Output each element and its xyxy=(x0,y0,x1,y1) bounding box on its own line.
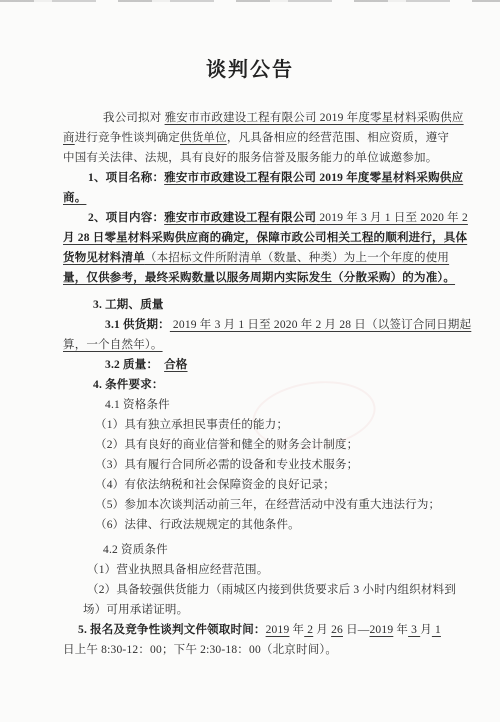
text-segment: （本招标文件所附清单（数量、种类）为上一个年度的使用 xyxy=(145,252,449,264)
text-segment: 商。 xyxy=(63,192,86,204)
text-line: 月 28 日零星材料采购供应商的确定，保障市政公司相关工程的顺利进行，具体 xyxy=(63,228,490,248)
text-segment: 2、项目内容： xyxy=(88,212,164,224)
text-segment: ，凡具备相应的经营范围、相应资质，遵守 xyxy=(227,132,449,144)
scan-artifact-top-edge xyxy=(0,0,500,2)
text-segment: 合格 xyxy=(164,359,187,371)
text-line: 4.2 资质条件 xyxy=(63,540,490,560)
text-line: （6）法律、行政法规规定的其他条件。 xyxy=(63,515,490,535)
text-segment: 2019 xyxy=(369,624,393,636)
text-line: 3.1 供货期： 2019 年 3 月 1 日至 2020 年 2 月 28 日… xyxy=(63,315,490,335)
text-segment: 我公司拟对 xyxy=(103,112,165,124)
text-line: （4）有依法纳税和社会保障资金的良好记录； xyxy=(63,475,490,495)
text-segment: 3.1 供货期： xyxy=(105,319,170,331)
text-line: 3.2 质量： 合格 xyxy=(63,355,490,375)
text-segment: 量，仅供参考，最终采购数量以服务周期内实际发生（分散采购）的为准）。 xyxy=(63,272,455,284)
text-segment: （1）营业执照具备相应经营范围。 xyxy=(87,564,268,576)
text-line: 日上午 8:30-12：00；下午 2:30-18：00（北京时间）。 xyxy=(63,640,490,660)
text-line: （2）具有良好的商业信誉和健全的财务会计制度； xyxy=(63,435,490,455)
text-segment: 月 xyxy=(313,624,331,636)
text-segment: 雅安市市政建设工程有限公司 xyxy=(164,212,316,224)
text-line: 4. 条件要求： xyxy=(63,375,490,395)
text-segment: 雅安市市政建设工程有限公司 2019 年度零星材料采购供应 xyxy=(165,112,464,124)
text-segment: 中国有关法律、法规，具有良好的服务信誉及服务能力的单位诚邀参加。 xyxy=(63,152,437,164)
text-segment: 雅安市市政建设工程有限公司 2019 年度零星材料采购供应 xyxy=(164,172,463,184)
text-segment: 年 xyxy=(289,624,304,636)
text-line: 3. 工期、质量 xyxy=(63,295,490,315)
text-segment: 进行竞争性谈判确定 xyxy=(75,132,180,144)
text-segment: 3.2 质量： xyxy=(105,359,152,371)
text-segment: （2）具备较强供货能力（雨城区内接到供货要求后 3 小时内组织材料到 xyxy=(87,584,456,596)
text-segment: 4.1 资格条件 xyxy=(105,399,170,411)
text-segment: 货物见材料清单 xyxy=(63,252,145,264)
text-line: 货物见材料清单（本招标文件所附清单（数量、种类）为上一个年度的使用 xyxy=(63,248,490,268)
document-title: 谈判公告 xyxy=(0,55,500,85)
text-line: （1）营业执照具备相应经营范围。 xyxy=(63,560,490,580)
document-body: 我公司拟对 雅安市市政建设工程有限公司 2019 年度零星材料采购供应商进行竞争… xyxy=(0,108,500,660)
text-segment: 3. 工期、质量 xyxy=(93,299,164,311)
text-segment: 1、项目名称： xyxy=(88,172,164,184)
text-segment: 4.2 资质条件 xyxy=(103,544,168,556)
text-segment: （4）有依法纳税和社会保障资金的良好记录； xyxy=(95,479,335,491)
text-segment: 26 xyxy=(331,624,343,636)
text-segment: （5）参加本次谈判活动前三年，在经营活动中没有重大违法行为； xyxy=(95,499,440,511)
text-segment: 算，一个自然年）。 xyxy=(63,339,163,351)
text-line: 商。 xyxy=(63,188,490,208)
text-line: 商进行竞争性谈判确定供货单位，凡具备相应的经营范围、相应资质，遵守 xyxy=(63,128,490,148)
text-segment: 场）可用承诺证明。 xyxy=(83,604,188,616)
text-segment: 2019 年 3 月 1 日至 2020 年 2 xyxy=(316,212,468,224)
text-segment: 3 xyxy=(408,624,420,636)
text-line: （5）参加本次谈判活动前三年，在经营活动中没有重大违法行为； xyxy=(63,495,490,515)
text-segment: 1 xyxy=(432,624,441,636)
text-segment: （1）具有独立承担民事责任的能力； xyxy=(95,419,288,431)
text-segment: 月 xyxy=(420,624,432,636)
text-segment: 5. 报名及竞争性谈判文件领取时间： xyxy=(78,624,266,636)
text-line: 中国有关法律、法规，具有良好的服务信誉及服务能力的单位诚邀参加。 xyxy=(63,148,490,168)
text-line: 场）可用承诺证明。 xyxy=(63,600,490,620)
text-segment: （6）法律、行政法规规定的其他条件。 xyxy=(95,519,300,531)
text-segment: 2019 xyxy=(266,624,290,636)
text-segment: 4. 条件要求： xyxy=(93,379,164,391)
text-segment: （3）具有履行合同所必需的设备和专业技术服务； xyxy=(95,459,358,471)
text-segment: 商 xyxy=(63,132,75,144)
text-line: 5. 报名及竞争性谈判文件领取时间：2019 年 2 月 26 日—2019 年… xyxy=(63,620,490,640)
text-line: 4.1 资格条件 xyxy=(63,395,490,415)
text-segment: 2 xyxy=(304,624,313,636)
text-line: 我公司拟对 雅安市市政建设工程有限公司 2019 年度零星材料采购供应 xyxy=(63,108,490,128)
text-segment: 供货单位 xyxy=(180,132,227,144)
text-segment: 2019 年 3 月 1 日至 2020 年 2 月 28 日（以签订合同日期起 xyxy=(170,319,471,331)
text-line: 算，一个自然年）。 xyxy=(63,335,490,355)
text-segment: 日— xyxy=(343,624,369,636)
text-segment: 年 xyxy=(393,624,408,636)
text-line: 量，仅供参考，最终采购数量以服务周期内实际发生（分散采购）的为准）。 xyxy=(63,268,490,288)
text-line: 1、项目名称：雅安市市政建设工程有限公司 2019 年度零星材料采购供应 xyxy=(63,168,490,188)
text-segment: 日上午 8:30-12：00；下午 2:30-18：00（北京时间）。 xyxy=(63,644,337,656)
text-line: （1）具有独立承担民事责任的能力； xyxy=(63,415,490,435)
scanned-document-page: 谈判公告 我公司拟对 雅安市市政建设工程有限公司 2019 年度零星材料采购供应… xyxy=(0,0,500,722)
text-line: 2、项目内容：雅安市市政建设工程有限公司 2019 年 3 月 1 日至 202… xyxy=(63,208,490,228)
text-segment: 月 28 日零星材料采购供应商的确定，保障市政公司相关工程的顺利进行，具体 xyxy=(63,232,467,244)
text-line: （3）具有履行合同所必需的设备和专业技术服务； xyxy=(63,455,490,475)
text-segment xyxy=(152,359,164,371)
text-line: （2）具备较强供货能力（雨城区内接到供货要求后 3 小时内组织材料到 xyxy=(63,580,490,600)
text-segment: （2）具有良好的商业信誉和健全的财务会计制度； xyxy=(95,439,358,451)
